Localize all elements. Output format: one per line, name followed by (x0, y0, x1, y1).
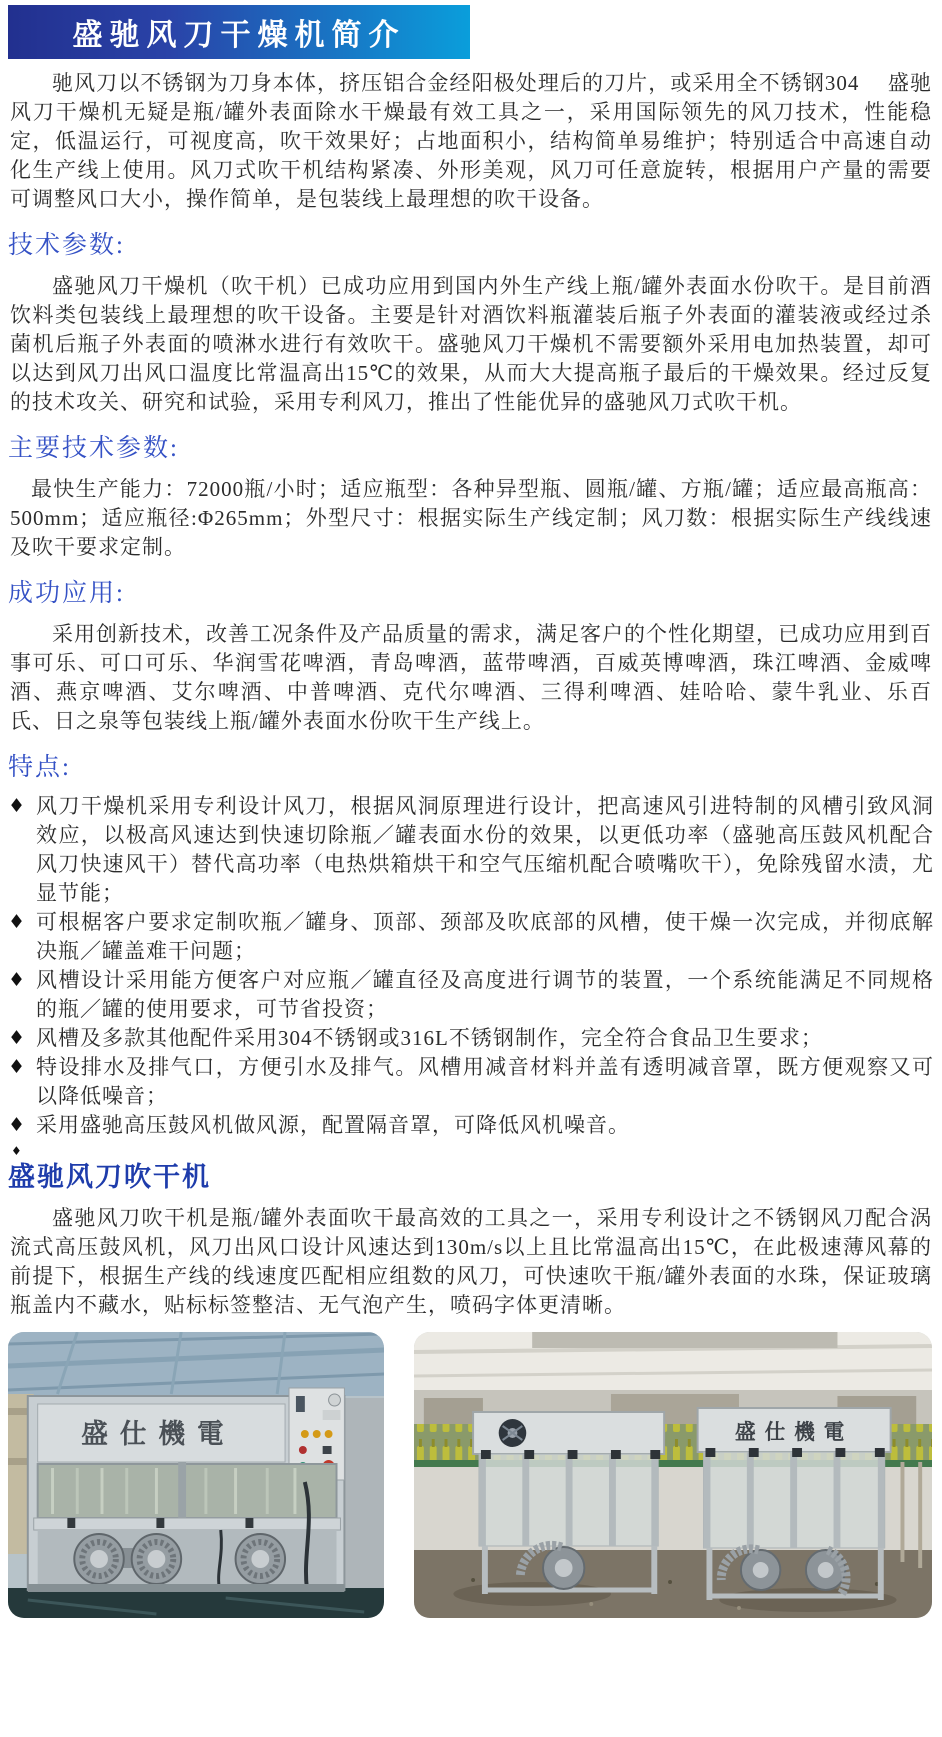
diamond-bullet-icon: ♦ (8, 966, 36, 995)
tech-params-paragraph: 盛驰风刀干燥机（吹干机）已成功应用到国内外生产线上瓶/罐外表面水份吹干。是目前酒… (10, 272, 932, 417)
machine-label-left: 盛仕機電 (81, 1419, 235, 1449)
main-params-paragraph: 最快生产能力：72000瓶/小时；适应瓶型：各种异型瓶、圆瓶/罐、方瓶/罐；适应… (10, 475, 932, 562)
diamond-bullet-icon: ♦ (8, 1053, 36, 1082)
feature-item: ♦ 风刀干燥机采用专利设计风刀，根据风洞原理进行设计，把高速风引进特制的风槽引致… (8, 792, 934, 908)
feature-text: 采用盛驰高压鼓风机做风源，配置隔音罩，可降低风机噪音。 (36, 1111, 934, 1140)
document-page: 盛驰风刀干燥机简介 驰风刀以不锈钢为刀身本体，挤压铝合金经阳极处理后的刀片，或采… (0, 0, 942, 1737)
amber-button (313, 1430, 321, 1438)
product-paragraph: 盛驰风刀吹干机是瓶/罐外表面吹干最高效的工具之一，采用专利设计之不锈钢风刀配合涡… (10, 1204, 932, 1320)
feature-text: 特设排水及排气口，方便引水及排气。风槽用减音材料并盖有透明减音罩，既方便观察又可… (36, 1053, 934, 1111)
success-paragraph: 采用创新技术，改善工况条件及产品质量的需求，满足客户的个性化期望，已成功应用到百… (10, 620, 932, 736)
amber-button (301, 1430, 309, 1438)
section-heading-tech-params: 技术参数: (8, 230, 934, 262)
section-heading-main-params: 主要技术参数: (8, 433, 934, 465)
photo-right-production-line: 盛仕機電 (414, 1332, 932, 1618)
photo-left-dryer-machine: 盛仕機電 (8, 1332, 384, 1618)
feature-text: 风刀干燥机采用专利设计风刀，根据风洞原理进行设计，把高速风引进特制的风槽引致风洞… (36, 792, 934, 908)
photo-right-illustration: 盛仕機電 (414, 1332, 932, 1618)
feature-item: ♦ 风槽设计采用能方便客户对应瓶／罐直径及高度进行调节的装置，一个系统能满足不同… (8, 966, 934, 1024)
product-heading: 盛驰风刀吹干机 (8, 1160, 934, 1194)
diamond-bullet-icon: ♦ (8, 792, 36, 821)
feature-text: 风槽及多款其他配件采用304不锈钢或316L不锈钢制作，完全符合食品卫生要求； (36, 1024, 934, 1053)
intro-paragraph: 驰风刀以不锈钢为刀身本体，挤压铝合金经阳极处理后的刀片，或采用全不锈钢304 盛… (10, 69, 932, 214)
feature-text: 可根椐客户要求定制吹瓶／罐身、顶部、颈部及吹底部的风槽，使干燥一次完成，并彻底解… (36, 908, 934, 966)
feature-text: 风槽设计采用能方便客户对应瓶／罐直径及高度进行调节的装置，一个系统能满足不同规格… (36, 966, 934, 1024)
dryer-machine: 盛仕機電 (28, 1388, 345, 1592)
stray-diamond-bullet-icon: ♦ (11, 1144, 934, 1158)
feature-item: ♦ 采用盛驰高压鼓风机做风源，配置隔音罩，可降低风机噪音。 (8, 1111, 934, 1140)
photo-left-illustration: 盛仕機電 (8, 1332, 384, 1618)
feature-item: ♦ 风槽及多款其他配件采用304不锈钢或316L不锈钢制作，完全符合食品卫生要求… (8, 1024, 934, 1053)
section-heading-success: 成功应用: (8, 578, 934, 610)
red-button (299, 1446, 307, 1454)
diamond-bullet-icon: ♦ (8, 1111, 36, 1140)
diamond-bullet-icon: ♦ (8, 1024, 36, 1053)
machine-label-right: 盛仕機電 (735, 1420, 853, 1444)
section-heading-features: 特点: (8, 752, 934, 784)
diamond-bullet-icon: ♦ (8, 908, 36, 937)
page-title-banner: 盛驰风刀干燥机简介 (8, 5, 470, 59)
page-title: 盛驰风刀干燥机简介 (73, 10, 406, 54)
feature-item: ♦ 特设排水及排气口，方便引水及排气。风槽用减音材料并盖有透明减音罩，既方便观察… (8, 1053, 934, 1111)
feature-list: ♦ 风刀干燥机采用专利设计风刀，根据风洞原理进行设计，把高速风引进特制的风槽引致… (8, 792, 934, 1140)
feature-item: ♦ 可根椐客户要求定制吹瓶／罐身、顶部、颈部及吹底部的风槽，使干燥一次完成，并彻… (8, 908, 934, 966)
amber-button (325, 1430, 333, 1438)
photo-row: 盛仕機電 (8, 1332, 934, 1618)
